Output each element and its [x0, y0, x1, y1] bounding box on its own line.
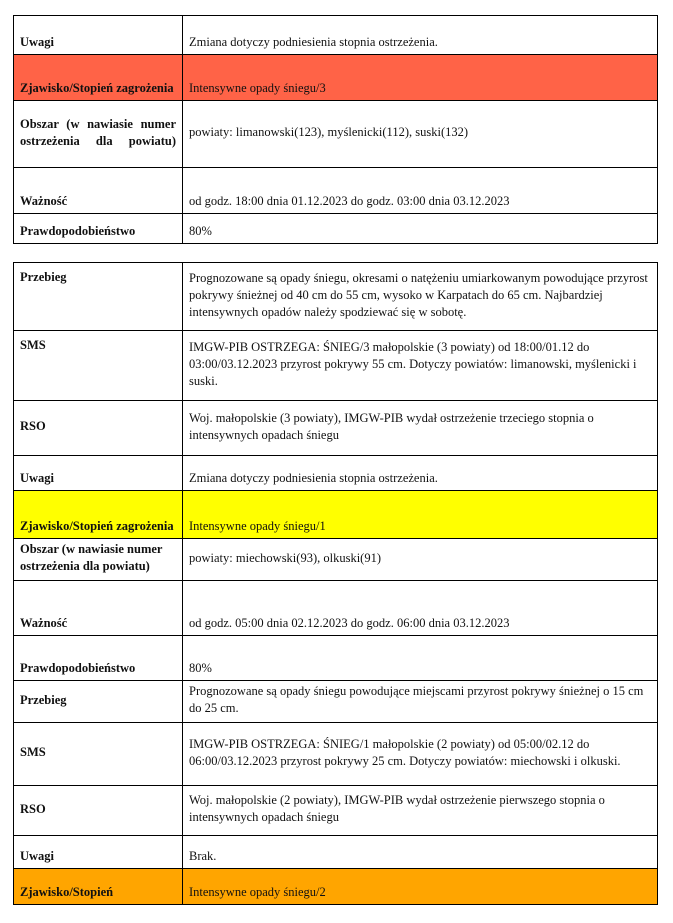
table-row: RSO Woj. małopolskie (3 powiaty), IMGW-P… — [14, 401, 658, 456]
row-value: Woj. małopolskie (2 powiaty), IMGW-PIB w… — [183, 786, 658, 836]
row-value: od godz. 18:00 dnia 01.12.2023 do godz. … — [183, 168, 658, 214]
row-label: Przebieg — [14, 681, 183, 723]
row-value: Intensywne opady śniegu/2 — [183, 869, 658, 905]
table-row: Ważność od godz. 18:00 dnia 01.12.2023 d… — [14, 168, 658, 214]
row-label: Obszar (w nawiasie numer ostrzeżenia dla… — [14, 101, 183, 168]
row-label: RSO — [14, 401, 183, 456]
row-value: IMGW-PIB OSTRZEGA: ŚNIEG/3 małopolskie (… — [183, 331, 658, 401]
row-label: Zjawisko/Stopień zagrożenia — [14, 55, 183, 101]
row-label: Zjawisko/Stopień zagrożenia — [14, 491, 183, 539]
table-row: Uwagi Brak. — [14, 836, 658, 869]
row-value: Zmiana dotyczy podniesienia stopnia ostr… — [183, 16, 658, 55]
row-value: Brak. — [183, 836, 658, 869]
table-row: Obszar (w nawiasie numer ostrzeżenia dla… — [14, 101, 658, 168]
row-label: Ważność — [14, 581, 183, 636]
row-value: Prognozowane są opady śniegu powodujące … — [183, 681, 658, 723]
warning-table-2: Przebieg Prognozowane są opady śniegu, o… — [13, 262, 658, 905]
table-row: Przebieg Prognozowane są opady śniegu po… — [14, 681, 658, 723]
row-label: Przebieg — [14, 263, 183, 331]
row-value: powiaty: miechowski(93), olkuski(91) — [183, 539, 658, 581]
table-row-hazard-level: Zjawisko/Stopień zagrożenia Intensywne o… — [14, 491, 658, 539]
row-value: IMGW-PIB OSTRZEGA: ŚNIEG/1 małopolskie (… — [183, 723, 658, 786]
row-label: Prawdopodobieństwo — [14, 636, 183, 681]
row-value: 80% — [183, 214, 658, 244]
table-row: Prawdopodobieństwo 80% — [14, 636, 658, 681]
row-label: Obszar (w nawiasie numer ostrzeżenia dla… — [14, 539, 183, 581]
table-row: Przebieg Prognozowane są opady śniegu, o… — [14, 263, 658, 331]
row-label: Prawdopodobieństwo — [14, 214, 183, 244]
table-row: RSO Woj. małopolskie (2 powiaty), IMGW-P… — [14, 786, 658, 836]
row-label: Zjawisko/Stopień — [14, 869, 183, 905]
row-label: SMS — [14, 723, 183, 786]
table-row: Uwagi Zmiana dotyczy podniesienia stopni… — [14, 16, 658, 55]
warning-table-1: Uwagi Zmiana dotyczy podniesienia stopni… — [13, 15, 658, 244]
table-row: Prawdopodobieństwo 80% — [14, 214, 658, 244]
table-row: Ważność od godz. 05:00 dnia 02.12.2023 d… — [14, 581, 658, 636]
row-value: Zmiana dotyczy podniesienia stopnia ostr… — [183, 456, 658, 491]
table-row-hazard-level: Zjawisko/Stopień zagrożenia Intensywne o… — [14, 55, 658, 101]
row-label: Uwagi — [14, 456, 183, 491]
row-label: RSO — [14, 786, 183, 836]
table-row: Obszar (w nawiasie numer ostrzeżenia dla… — [14, 539, 658, 581]
row-value: od godz. 05:00 dnia 02.12.2023 do godz. … — [183, 581, 658, 636]
table-row-hazard-level: Zjawisko/Stopień Intensywne opady śniegu… — [14, 869, 658, 905]
row-value: Woj. małopolskie (3 powiaty), IMGW-PIB w… — [183, 401, 658, 456]
table-row: SMS IMGW-PIB OSTRZEGA: ŚNIEG/3 małopolsk… — [14, 331, 658, 401]
row-value: 80% — [183, 636, 658, 681]
table-row: Uwagi Zmiana dotyczy podniesienia stopni… — [14, 456, 658, 491]
row-value: Prognozowane są opady śniegu, okresami o… — [183, 263, 658, 331]
row-value: Intensywne opady śniegu/1 — [183, 491, 658, 539]
row-value: powiaty: limanowski(123), myślenicki(112… — [183, 101, 658, 168]
row-value: Intensywne opady śniegu/3 — [183, 55, 658, 101]
row-label: SMS — [14, 331, 183, 401]
row-label: Ważność — [14, 168, 183, 214]
row-label: Uwagi — [14, 836, 183, 869]
table-row: SMS IMGW-PIB OSTRZEGA: ŚNIEG/1 małopolsk… — [14, 723, 658, 786]
row-label: Uwagi — [14, 16, 183, 55]
